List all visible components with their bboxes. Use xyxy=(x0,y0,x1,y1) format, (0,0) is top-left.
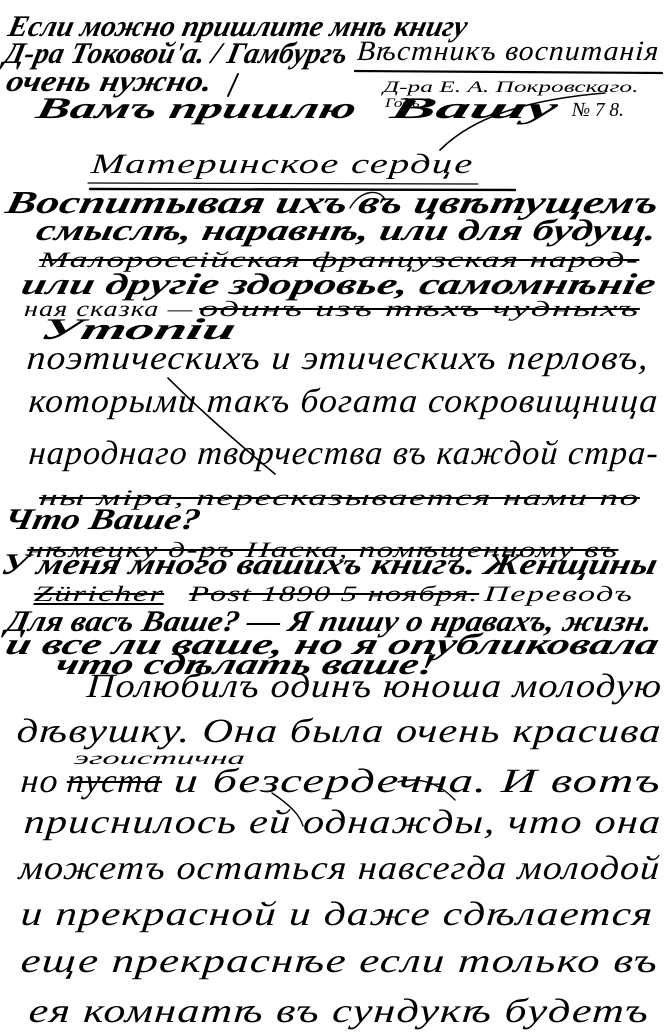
journal-underline xyxy=(355,71,662,73)
text-line: можетъ остаться навсегда молодой xyxy=(18,852,662,886)
text-line: еще прекраснѣе если только въ xyxy=(20,945,660,979)
text-line: ея комнатѣ въ сундукѣ будетъ xyxy=(28,995,651,1029)
journal-name: Вѣстникъ воспитанія xyxy=(356,38,660,66)
text-line: Переводъ xyxy=(483,583,634,605)
deleted-line: Züricher xyxy=(33,583,165,605)
deleted-line: одинъ изъ тѣхъ чудныхъ xyxy=(198,298,640,320)
text-line: дѣвушку. Она была очень красива xyxy=(16,715,663,749)
text-line: народнаго творчества въ каждой стра- xyxy=(28,437,660,471)
text-line: и безсердечна. И вотъ xyxy=(173,765,663,799)
text-line: смыслѣ, наравнѣ, или для будущ. xyxy=(34,216,660,246)
text-line: Полюбилъ одинъ юноша молодую xyxy=(86,670,664,704)
text-line: и прекрасной и даже сдѣлается xyxy=(20,898,655,932)
text-line: которыми такъ богата сокровищница xyxy=(28,385,660,419)
text-line: Что Ваше? xyxy=(2,505,204,535)
text-line: У меня много вашихъ книгъ. Женщины xyxy=(0,550,660,580)
manuscript-page: Если можно пришлите мнѣ книгу Д-ра Токов… xyxy=(0,0,666,1033)
annotation-line: Вамъ пришлю xyxy=(34,94,360,124)
page-title: Материнское сердце xyxy=(90,151,475,179)
journal-editor-note: Д-ра Е. А. Покровскаго. xyxy=(383,80,638,96)
text-line: поэтическихъ и этическихъ перловъ, xyxy=(26,342,651,376)
deleted-word: пуста xyxy=(66,765,164,799)
text-line: но xyxy=(20,765,60,799)
text-line: приснилось ей однажды, что она xyxy=(23,806,663,840)
journal-issue: № 7 8. xyxy=(572,100,624,120)
journal-year: Годъ I xyxy=(385,96,430,109)
deleted-line: Post 1890 5 ноября. xyxy=(188,583,479,605)
